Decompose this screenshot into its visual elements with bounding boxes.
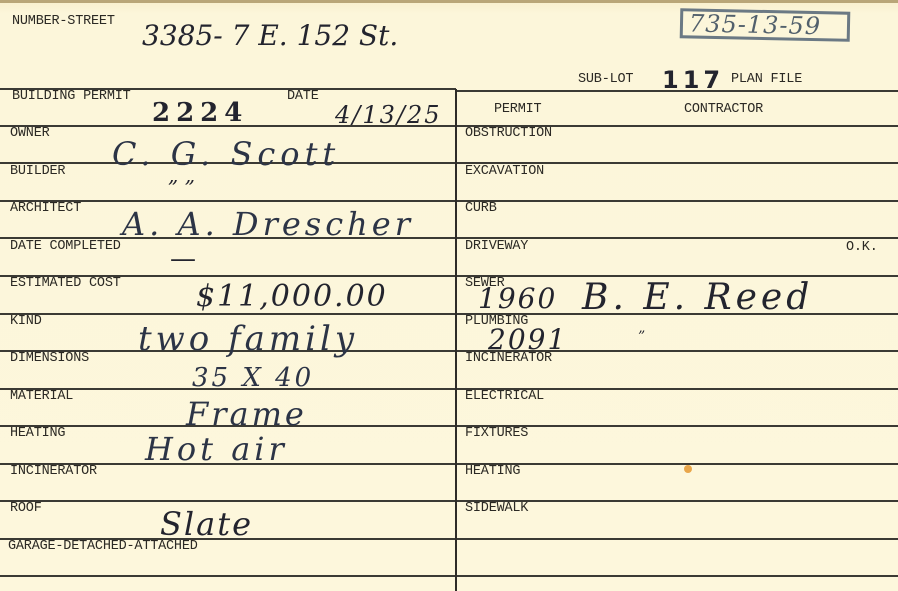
date-completed-value: — <box>170 246 196 272</box>
permit-column-header: PERMIT <box>494 103 541 117</box>
obstruction-label: OBSTRUCTION <box>465 127 552 141</box>
rule-line <box>456 90 898 92</box>
column-divider <box>455 89 457 591</box>
fixtures-label: FIXTURES <box>465 427 528 441</box>
electrical-label: ELECTRICAL <box>465 390 544 404</box>
card-top-edge <box>0 0 898 3</box>
date-completed-label: DATE COMPLETED <box>10 240 121 254</box>
rule-line <box>456 538 898 540</box>
driveway-note: O.K. <box>846 241 878 255</box>
builder-value: „ „ <box>168 165 195 185</box>
dimensions-label: DIMENSIONS <box>10 352 89 366</box>
date-value: 4/13/25 <box>335 103 442 127</box>
material-value: Frame <box>186 398 307 430</box>
rule-line <box>456 463 898 465</box>
kind-value: two family <box>138 322 358 356</box>
kind-label: KIND <box>10 315 42 329</box>
rule-line <box>0 575 456 577</box>
excavation-label: EXCAVATION <box>465 165 544 179</box>
rule-line <box>456 575 898 577</box>
owner-value: C. G. Scott <box>112 138 340 170</box>
building-permit-label: BUILDING PERMIT <box>12 90 131 104</box>
building-permit-number: 2224 <box>152 100 248 126</box>
building-permit-card: NUMBER-STREET 3385- 7 E. 152 St. 735-13-… <box>0 0 898 591</box>
material-label: MATERIAL <box>10 390 73 404</box>
estimated-cost-label: ESTIMATED COST <box>10 277 121 291</box>
sub-lot-label: SUB-LOT <box>578 73 633 87</box>
builder-label: BUILDER <box>10 165 65 179</box>
rule-line <box>0 500 456 502</box>
heating-value: Hot air <box>145 433 288 465</box>
number-street-value: 3385- 7 E. 152 St. <box>142 22 398 50</box>
plumbing-permit-number: 2091 <box>488 326 567 354</box>
date-label: DATE <box>287 90 319 104</box>
dimensions-value: 35 X 40 <box>192 365 314 391</box>
paper-stain <box>684 465 692 473</box>
estimated-cost-value: $11,000.00 <box>196 282 388 312</box>
plumbing-contractor: ” <box>638 330 645 344</box>
plan-file-label: PLAN FILE <box>731 73 802 87</box>
roof-value: Slate <box>160 508 253 540</box>
sewer-permit-number: 1960 <box>478 285 557 313</box>
record-number-stamp: 735-13-59 <box>680 8 851 42</box>
sub-lot-value: 117 <box>662 68 724 92</box>
sidewalk-label: SIDEWALK <box>465 502 528 516</box>
rule-line <box>456 200 898 202</box>
architect-label: ARCHITECT <box>10 202 81 216</box>
number-street-label: NUMBER-STREET <box>12 15 115 29</box>
driveway-label: DRIVEWAY <box>465 240 528 254</box>
contractor-column-header: CONTRACTOR <box>684 103 763 117</box>
curb-label: CURB <box>465 202 497 216</box>
heating-label: HEATING <box>10 427 65 441</box>
roof-label: ROOF <box>10 502 42 516</box>
architect-value: A. A. Drescher <box>122 208 414 240</box>
sewer-contractor: B. E. Reed <box>582 280 813 316</box>
owner-label: OWNER <box>10 127 50 141</box>
incinerator-label: INCINERATOR <box>10 465 97 479</box>
heating-permit-label: HEATING <box>465 465 520 479</box>
